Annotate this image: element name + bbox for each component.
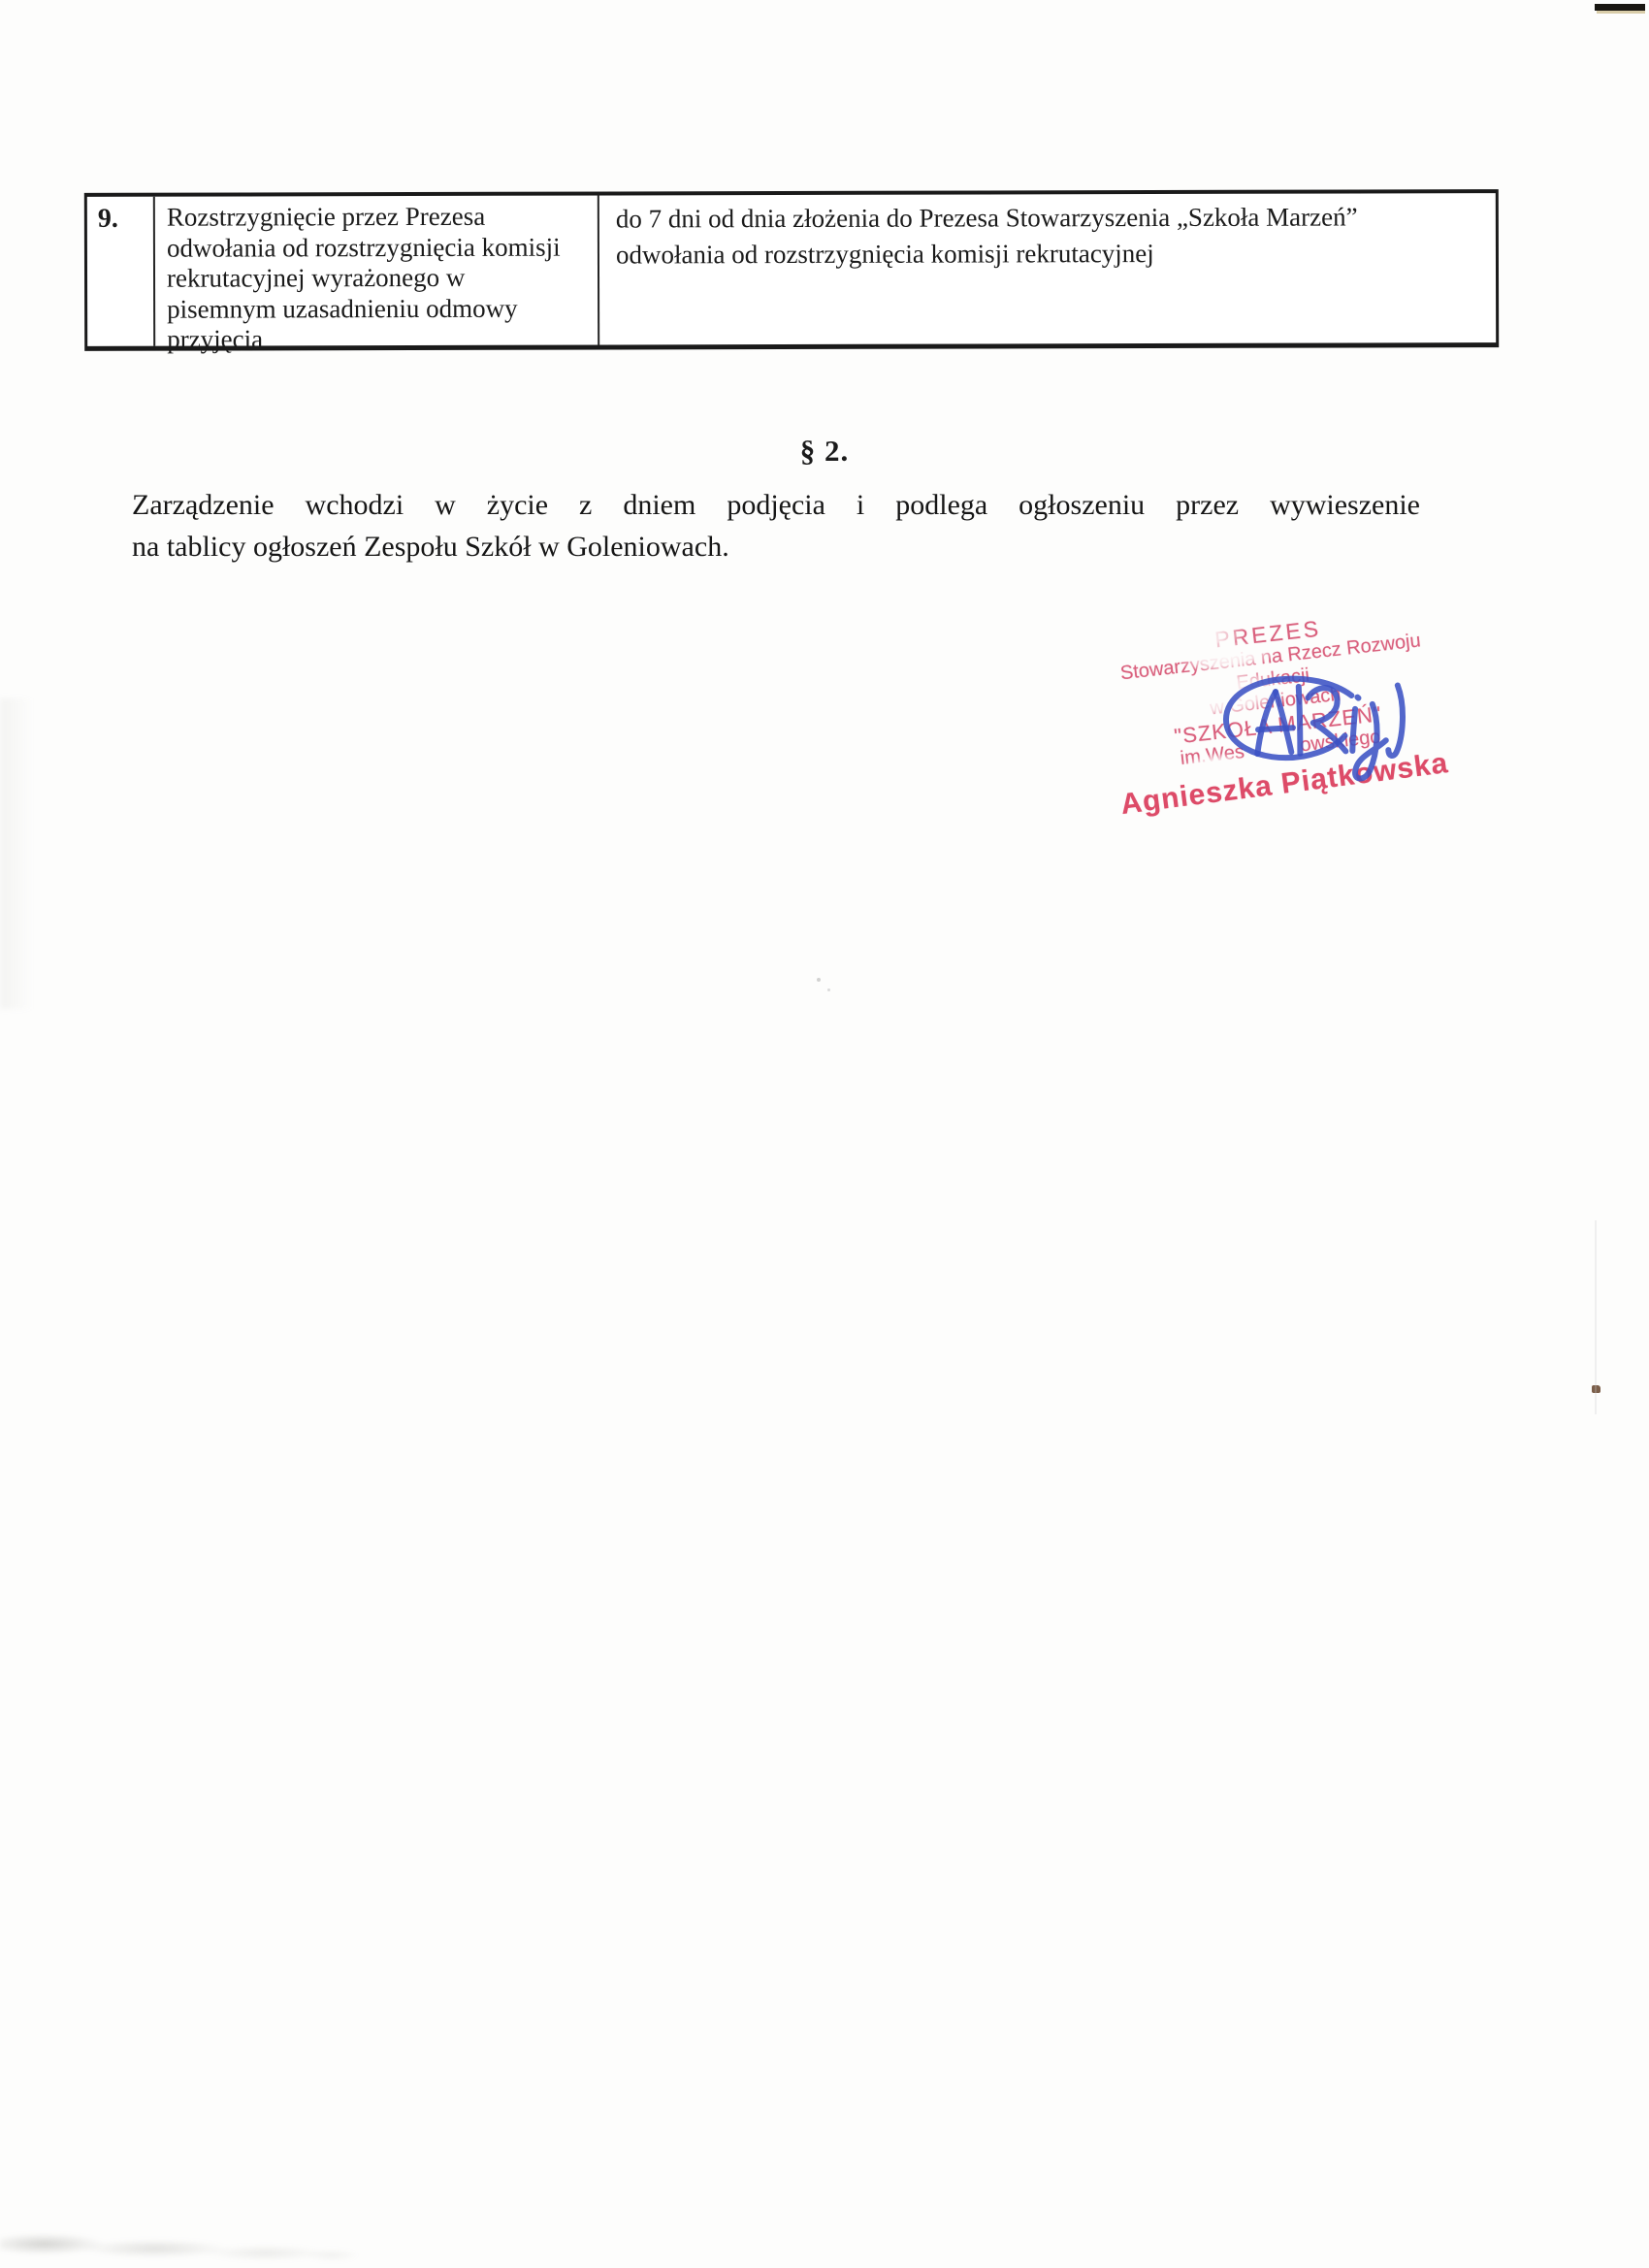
event-line: rekrutacyjnej wyrażonego w <box>167 263 588 295</box>
deadline-line: odwołania od rozstrzygnięcia komisji rek… <box>616 235 1484 273</box>
event-line: pisemnym uzasadnieniu odmowy <box>167 293 588 325</box>
event-line: Rozstrzygnięcie przez Prezesa <box>167 202 588 234</box>
scan-artifact-left-strip <box>0 698 33 1009</box>
deadline-line: do 7 dni od dnia złożenia do Prezesa Sto… <box>616 199 1484 237</box>
section-2-heading: § 2. <box>0 434 1649 469</box>
event-line: przyjęcia <box>167 324 588 356</box>
event-line: odwołania od rozstrzygnięcia komisji <box>167 232 588 264</box>
table-cell-deadline: do 7 dni od dnia złożenia do Prezesa Sto… <box>599 193 1496 344</box>
table-cell-event: Rozstrzygnięcie przez Prezesa odwołania … <box>155 196 599 346</box>
scan-artifact-faint-line <box>1595 1220 1597 1414</box>
rules-table-row-9: 9. Rozstrzygnięcie przez Prezesa odwołan… <box>84 189 1499 351</box>
section-2-body: Zarządzenie wchodzi w życie z dniem podj… <box>132 484 1420 567</box>
scanned-document-page: { "colors": { "stamp_pink": "#d9607d", "… <box>0 0 1649 2268</box>
handwritten-signature-ink <box>1197 655 1435 800</box>
row-number: 9. <box>98 204 118 234</box>
scan-artifact-bottom-noise <box>0 2219 369 2264</box>
table-cell-row-number: 9. <box>87 197 155 346</box>
scan-artifact-top-right-bar <box>1595 4 1645 11</box>
body-text-line: na tablicy ogłoszeń Zespołu Szkół w Gole… <box>132 526 1420 567</box>
scan-artifact-speck <box>827 988 830 991</box>
body-text-line: Zarządzenie wchodzi w życie z dniem podj… <box>132 484 1420 526</box>
scan-artifact-speck <box>817 978 821 982</box>
